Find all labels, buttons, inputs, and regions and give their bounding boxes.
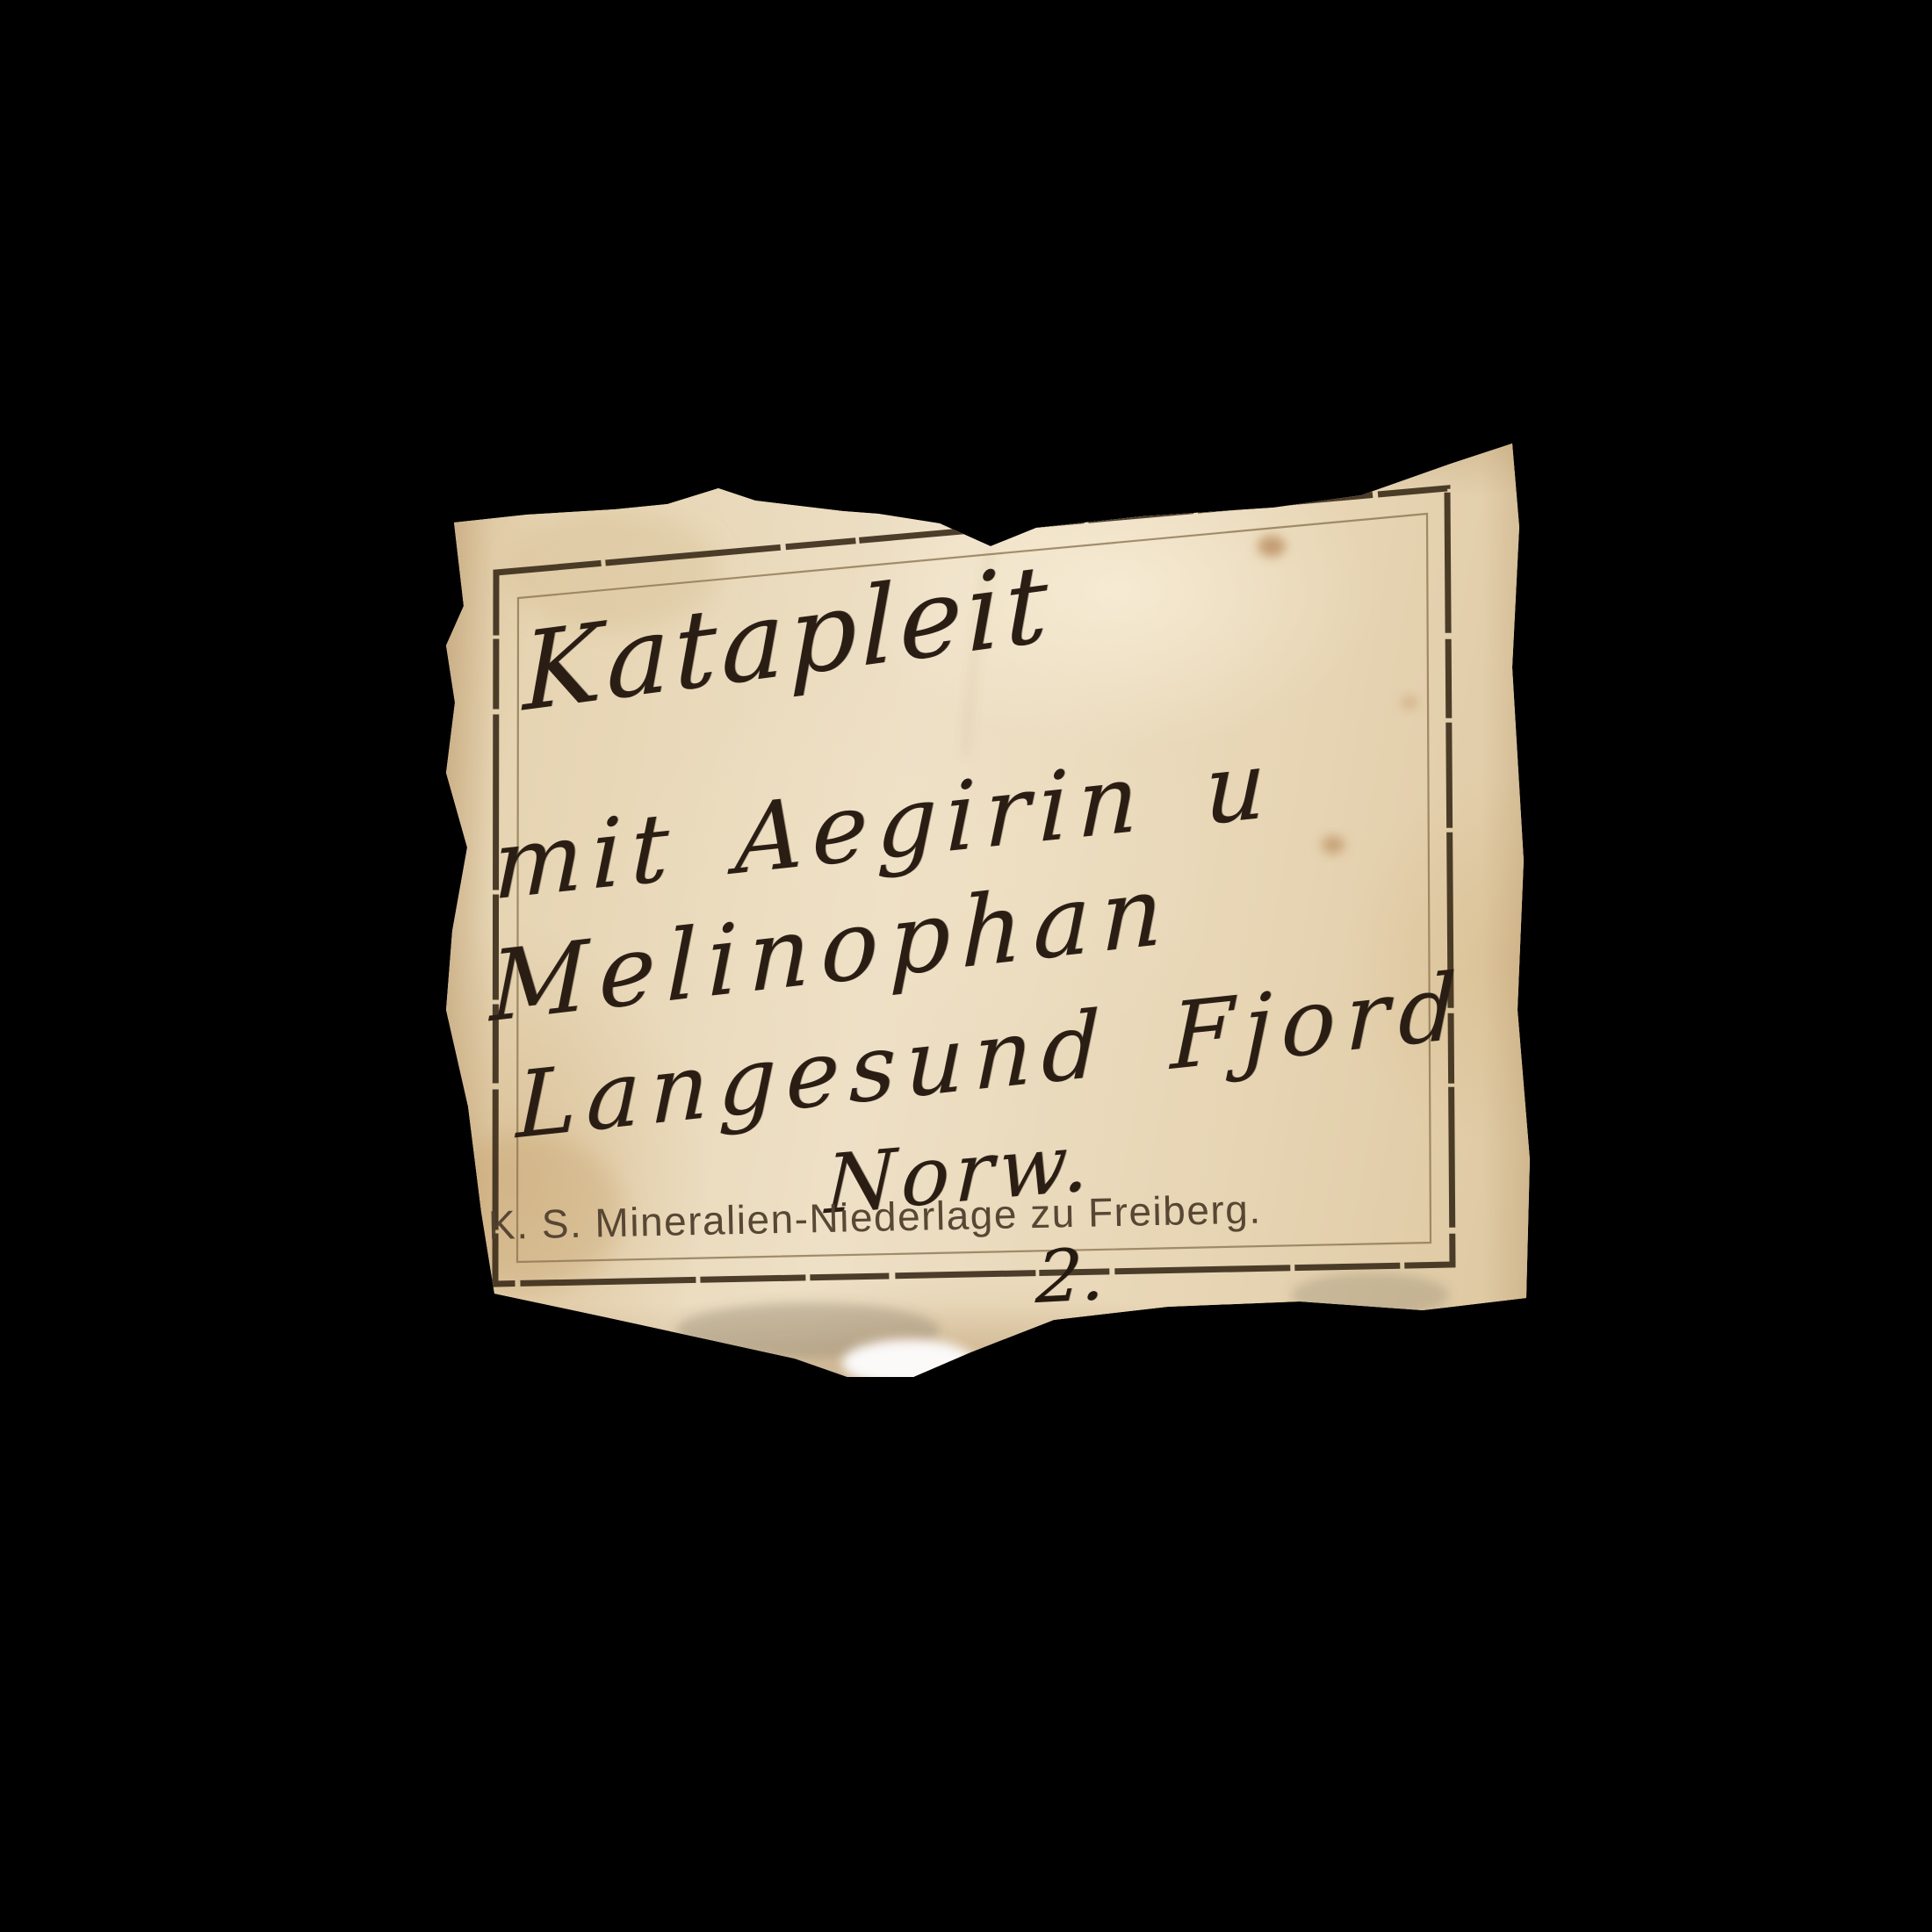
handwritten-price: 2. _: [1034, 1229, 1166, 1320]
photo-black-background: Katapleit mit Aegirin u Melinophan Lange…: [0, 0, 1932, 1932]
rust-spot-lower: [1322, 836, 1344, 854]
rust-spot-upper: [1258, 536, 1286, 557]
rust-spot-small: [1401, 696, 1418, 710]
specimen-label-paper: Katapleit mit Aegirin u Melinophan Lange…: [439, 439, 1537, 1388]
smudge-bottom-right: [1291, 1272, 1449, 1318]
tear-white-patch: [842, 1339, 976, 1387]
